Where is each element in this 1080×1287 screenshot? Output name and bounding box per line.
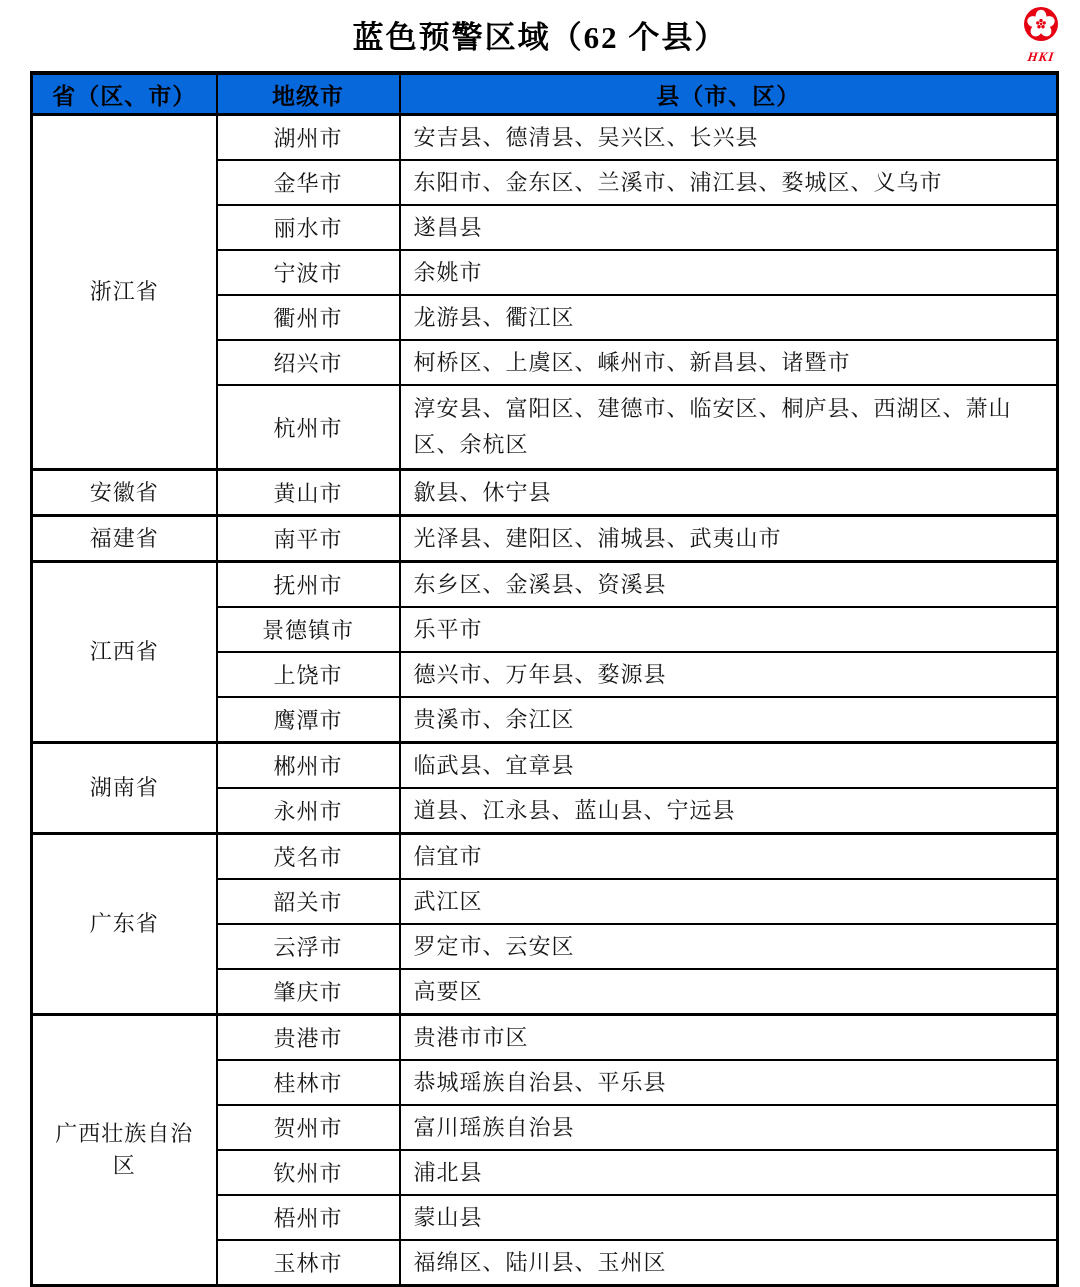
counties-cell: 东阳市、金东区、兰溪市、浦江县、婺城区、义乌市 (400, 160, 1058, 205)
column-header-province: 省（区、市） (32, 73, 217, 115)
city-cell: 南平市 (217, 516, 400, 562)
column-header-counties: 县（市、区） (400, 73, 1058, 115)
counties-cell: 安吉县、德清县、吴兴区、长兴县 (400, 115, 1058, 161)
province-cell: 广东省 (32, 834, 217, 1015)
city-cell: 玉林市 (217, 1240, 400, 1286)
table-row: 湖南省 郴州市 临武县、宜章县 (32, 743, 1058, 789)
table-row: 江西省 抚州市 东乡区、金溪县、资溪县 (32, 562, 1058, 608)
city-cell: 上饶市 (217, 652, 400, 697)
city-cell: 贺州市 (217, 1105, 400, 1150)
province-cell: 安徽省 (32, 470, 217, 516)
logo-flower-icon (1019, 5, 1063, 45)
city-cell: 郴州市 (217, 743, 400, 789)
city-cell: 黄山市 (217, 470, 400, 516)
counties-cell: 福绵区、陆川县、玉州区 (400, 1240, 1058, 1286)
city-cell: 金华市 (217, 160, 400, 205)
table-row: 福建省 南平市 光泽县、建阳区、浦城县、武夷山市 (32, 516, 1058, 562)
city-cell: 宁波市 (217, 250, 400, 295)
counties-cell: 余姚市 (400, 250, 1058, 295)
city-cell: 绍兴市 (217, 340, 400, 385)
city-cell: 丽水市 (217, 205, 400, 250)
city-cell: 景德镇市 (217, 607, 400, 652)
counties-cell: 贵溪市、余江区 (400, 697, 1058, 743)
counties-cell: 光泽县、建阳区、浦城县、武夷山市 (400, 516, 1058, 562)
city-cell: 抚州市 (217, 562, 400, 608)
city-cell: 茂名市 (217, 834, 400, 880)
warning-table: 省（区、市） 地级市 县（市、区） 浙江省 湖州市 安吉县、德清县、吴兴区、长兴… (30, 71, 1059, 1287)
city-cell: 云浮市 (217, 924, 400, 969)
city-cell: 桂林市 (217, 1060, 400, 1105)
column-header-city: 地级市 (217, 73, 400, 115)
counties-cell: 蒙山县 (400, 1195, 1058, 1240)
counties-cell: 浦北县 (400, 1150, 1058, 1195)
city-cell: 湖州市 (217, 115, 400, 161)
counties-cell: 东乡区、金溪县、资溪县 (400, 562, 1058, 608)
city-cell: 永州市 (217, 788, 400, 834)
city-cell: 韶关市 (217, 879, 400, 924)
counties-cell: 武江区 (400, 879, 1058, 924)
city-cell: 梧州市 (217, 1195, 400, 1240)
counties-cell: 恭城瑶族自治县、平乐县 (400, 1060, 1058, 1105)
counties-cell: 德兴市、万年县、婺源县 (400, 652, 1058, 697)
table-row: 安徽省 黄山市 歙县、休宁县 (32, 470, 1058, 516)
province-cell: 江西省 (32, 562, 217, 743)
page-title: 蓝色预警区域（62 个县） (0, 0, 1080, 57)
city-cell: 肇庆市 (217, 969, 400, 1015)
city-cell: 衢州市 (217, 295, 400, 340)
counties-cell: 贵港市市区 (400, 1015, 1058, 1061)
table-row: 广西壮族自治区 贵港市 贵港市市区 (32, 1015, 1058, 1061)
counties-cell: 道县、江永县、蓝山县、宁远县 (400, 788, 1058, 834)
province-cell: 福建省 (32, 516, 217, 562)
hki-logo: HKI (1015, 5, 1067, 63)
province-cell: 广西壮族自治区 (32, 1015, 217, 1286)
city-cell: 钦州市 (217, 1150, 400, 1195)
counties-cell: 临武县、宜章县 (400, 743, 1058, 789)
counties-cell: 柯桥区、上虞区、嵊州市、新昌县、诸暨市 (400, 340, 1058, 385)
city-cell: 鹰潭市 (217, 697, 400, 743)
counties-cell: 高要区 (400, 969, 1058, 1015)
province-cell: 浙江省 (32, 115, 217, 470)
city-cell: 贵港市 (217, 1015, 400, 1061)
table-row: 广东省 茂名市 信宜市 (32, 834, 1058, 880)
counties-cell: 歙县、休宁县 (400, 470, 1058, 516)
header-row: 省（区、市） 地级市 县（市、区） (32, 73, 1058, 115)
counties-cell: 龙游县、衢江区 (400, 295, 1058, 340)
counties-cell: 淳安县、富阳区、建德市、临安区、桐庐县、西湖区、萧山区、余杭区 (400, 385, 1058, 470)
counties-cell: 乐平市 (400, 607, 1058, 652)
counties-cell: 遂昌县 (400, 205, 1058, 250)
province-cell: 湖南省 (32, 743, 217, 834)
counties-cell: 信宜市 (400, 834, 1058, 880)
counties-cell: 罗定市、云安区 (400, 924, 1058, 969)
logo-text: HKI (1014, 50, 1068, 63)
city-cell: 杭州市 (217, 385, 400, 470)
counties-cell: 富川瑶族自治县 (400, 1105, 1058, 1150)
table-row: 浙江省 湖州市 安吉县、德清县、吴兴区、长兴县 (32, 115, 1058, 161)
